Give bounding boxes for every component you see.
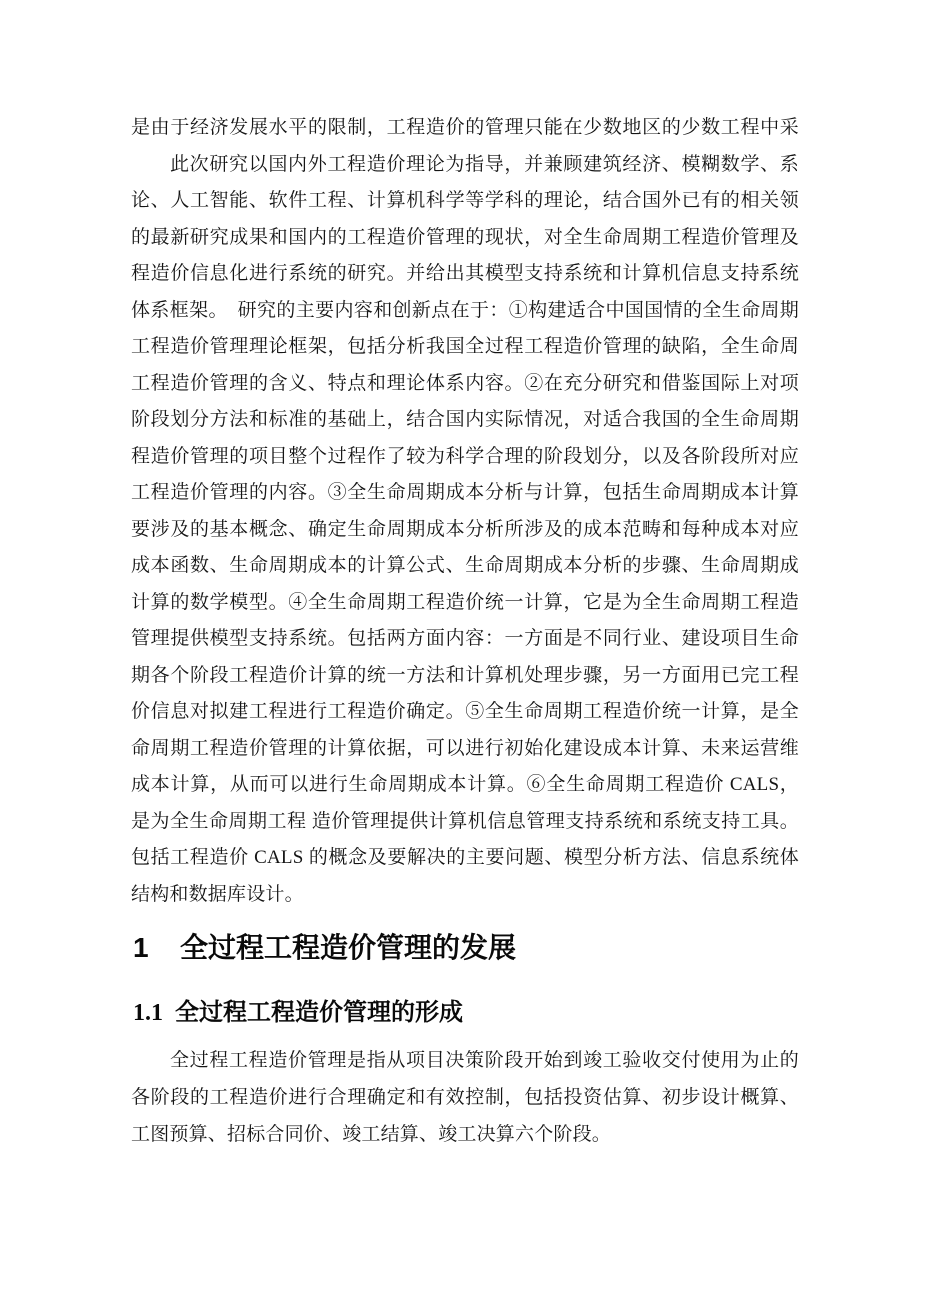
text-line: 命周期工程造价管理的计算依据，可以进行初始化建设成本计算、未来运营维护 (131, 731, 799, 768)
text-line: 全过程工程造价管理是指从项目决策阶段开始到竣工验收交付使用为止的 (131, 1042, 799, 1079)
text-line: 此次研究以国内外工程造价理论为指导，并兼顾建筑经济、模糊数学、系统 (131, 147, 799, 184)
text-line: 阶段划分方法和标准的基础上，结合国内实际情况，对适合我国的全生命周期工 (131, 402, 799, 439)
text-line: 工程造价管理理论框架，包括分析我国全过程工程造价管理的缺陷，全生命周期 (131, 329, 799, 366)
text-line: 期各个阶段工程造价计算的统一方法和计算机处理步骤，另一方面用已完工程造 (131, 658, 799, 695)
text-line: 结构和数据库设计。 (131, 877, 799, 914)
text-line: 是由于经济发展水平的限制，工程造价的管理只能在少数地区的少数工程中采用。 (131, 110, 799, 147)
text-line: 管理提供模型支持系统。包括两方面内容：一方面是不同行业、建设项目生命周 (131, 621, 799, 658)
section-heading-1-1-title: 全过程工程造价管理的形成 (175, 999, 463, 1026)
text-line: 要涉及的基本概念、确定生命周期成本分析所涉及的成本范畴和每种成本对应的 (131, 512, 799, 549)
text-line: 的最新研究成果和国内的工程造价管理的现状，对全生命周期工程造价管理及工 (131, 220, 799, 257)
text-line: 体系框架。 研究的主要内容和创新点在于：①构建适合中国国情的全生命周期 (131, 293, 799, 330)
text-line: 计算的数学模型。④全生命周期工程造价统一计算，它是为全生命周期工程造价 (131, 585, 799, 622)
text-line: 程造价管理的项目整个过程作了较为科学合理的阶段划分，以及各阶段所对应的 (131, 439, 799, 476)
text-line: 成本函数、生命周期成本的计算公式、生命周期成本分析的步骤、生命周期成本 (131, 548, 799, 585)
text-line: 包括工程造价 CALS 的概念及要解决的主要问题、模型分析方法、信息系统体系 (131, 840, 799, 877)
text-line: 成本计算，从而可以进行生命周期成本计算。⑥全生命周期工程造价 CALS，它 (131, 767, 799, 804)
section-heading-1-1: 1.1全过程工程造价管理的形成 (133, 998, 799, 1028)
text-line: 工图预算、招标合同价、竣工结算、竣工决算六个阶段。 (131, 1116, 799, 1153)
section-heading-1-1-number: 1.1 (133, 998, 175, 1028)
text-block: 是由于经济发展水平的限制，工程造价的管理只能在少数地区的少数工程中采用。 此次研… (131, 110, 799, 1153)
text-line: 价信息对拟建工程进行工程造价确定。⑤全生命周期工程造价统一计算，是全生 (131, 694, 799, 731)
text-line: 工程造价管理的含义、特点和理论体系内容。②在充分研究和借鉴国际上对项目 (131, 366, 799, 403)
text-line: 工程造价管理的内容。③全生命周期成本分析与计算，包括生命周期成本计算需 (131, 475, 799, 512)
section-heading-1-number: 1 (133, 931, 180, 965)
document-page: 是由于经济发展水平的限制，工程造价的管理只能在少数地区的少数工程中采用。 此次研… (0, 0, 926, 1309)
paragraph-research-overview: 此次研究以国内外工程造价理论为指导，并兼顾建筑经济、模糊数学、系统 论、人工智能… (131, 147, 799, 914)
section-heading-1-title: 全过程工程造价管理的发展 (180, 932, 516, 963)
paragraph-continuation: 是由于经济发展水平的限制，工程造价的管理只能在少数地区的少数工程中采用。 (131, 110, 799, 147)
text-line: 是为全生命周期工程 造价管理提供计算机信息管理支持系统和系统支持工具。 (131, 804, 799, 841)
paragraph-formation: 全过程工程造价管理是指从项目决策阶段开始到竣工验收交付使用为止的 各阶段的工程造… (131, 1042, 799, 1153)
section-heading-1: 1全过程工程造价管理的发展 (133, 931, 799, 965)
text-line: 论、人工智能、软件工程、计算机科学等学科的理论，结合国外已有的相关领域 (131, 183, 799, 220)
text-line: 程造价信息化进行系统的研究。并给出其模型支持系统和计算机信息支持系统的 (131, 256, 799, 293)
text-line: 各阶段的工程造价进行合理确定和有效控制，包括投资估算、初步设计概算、施 (131, 1079, 799, 1116)
